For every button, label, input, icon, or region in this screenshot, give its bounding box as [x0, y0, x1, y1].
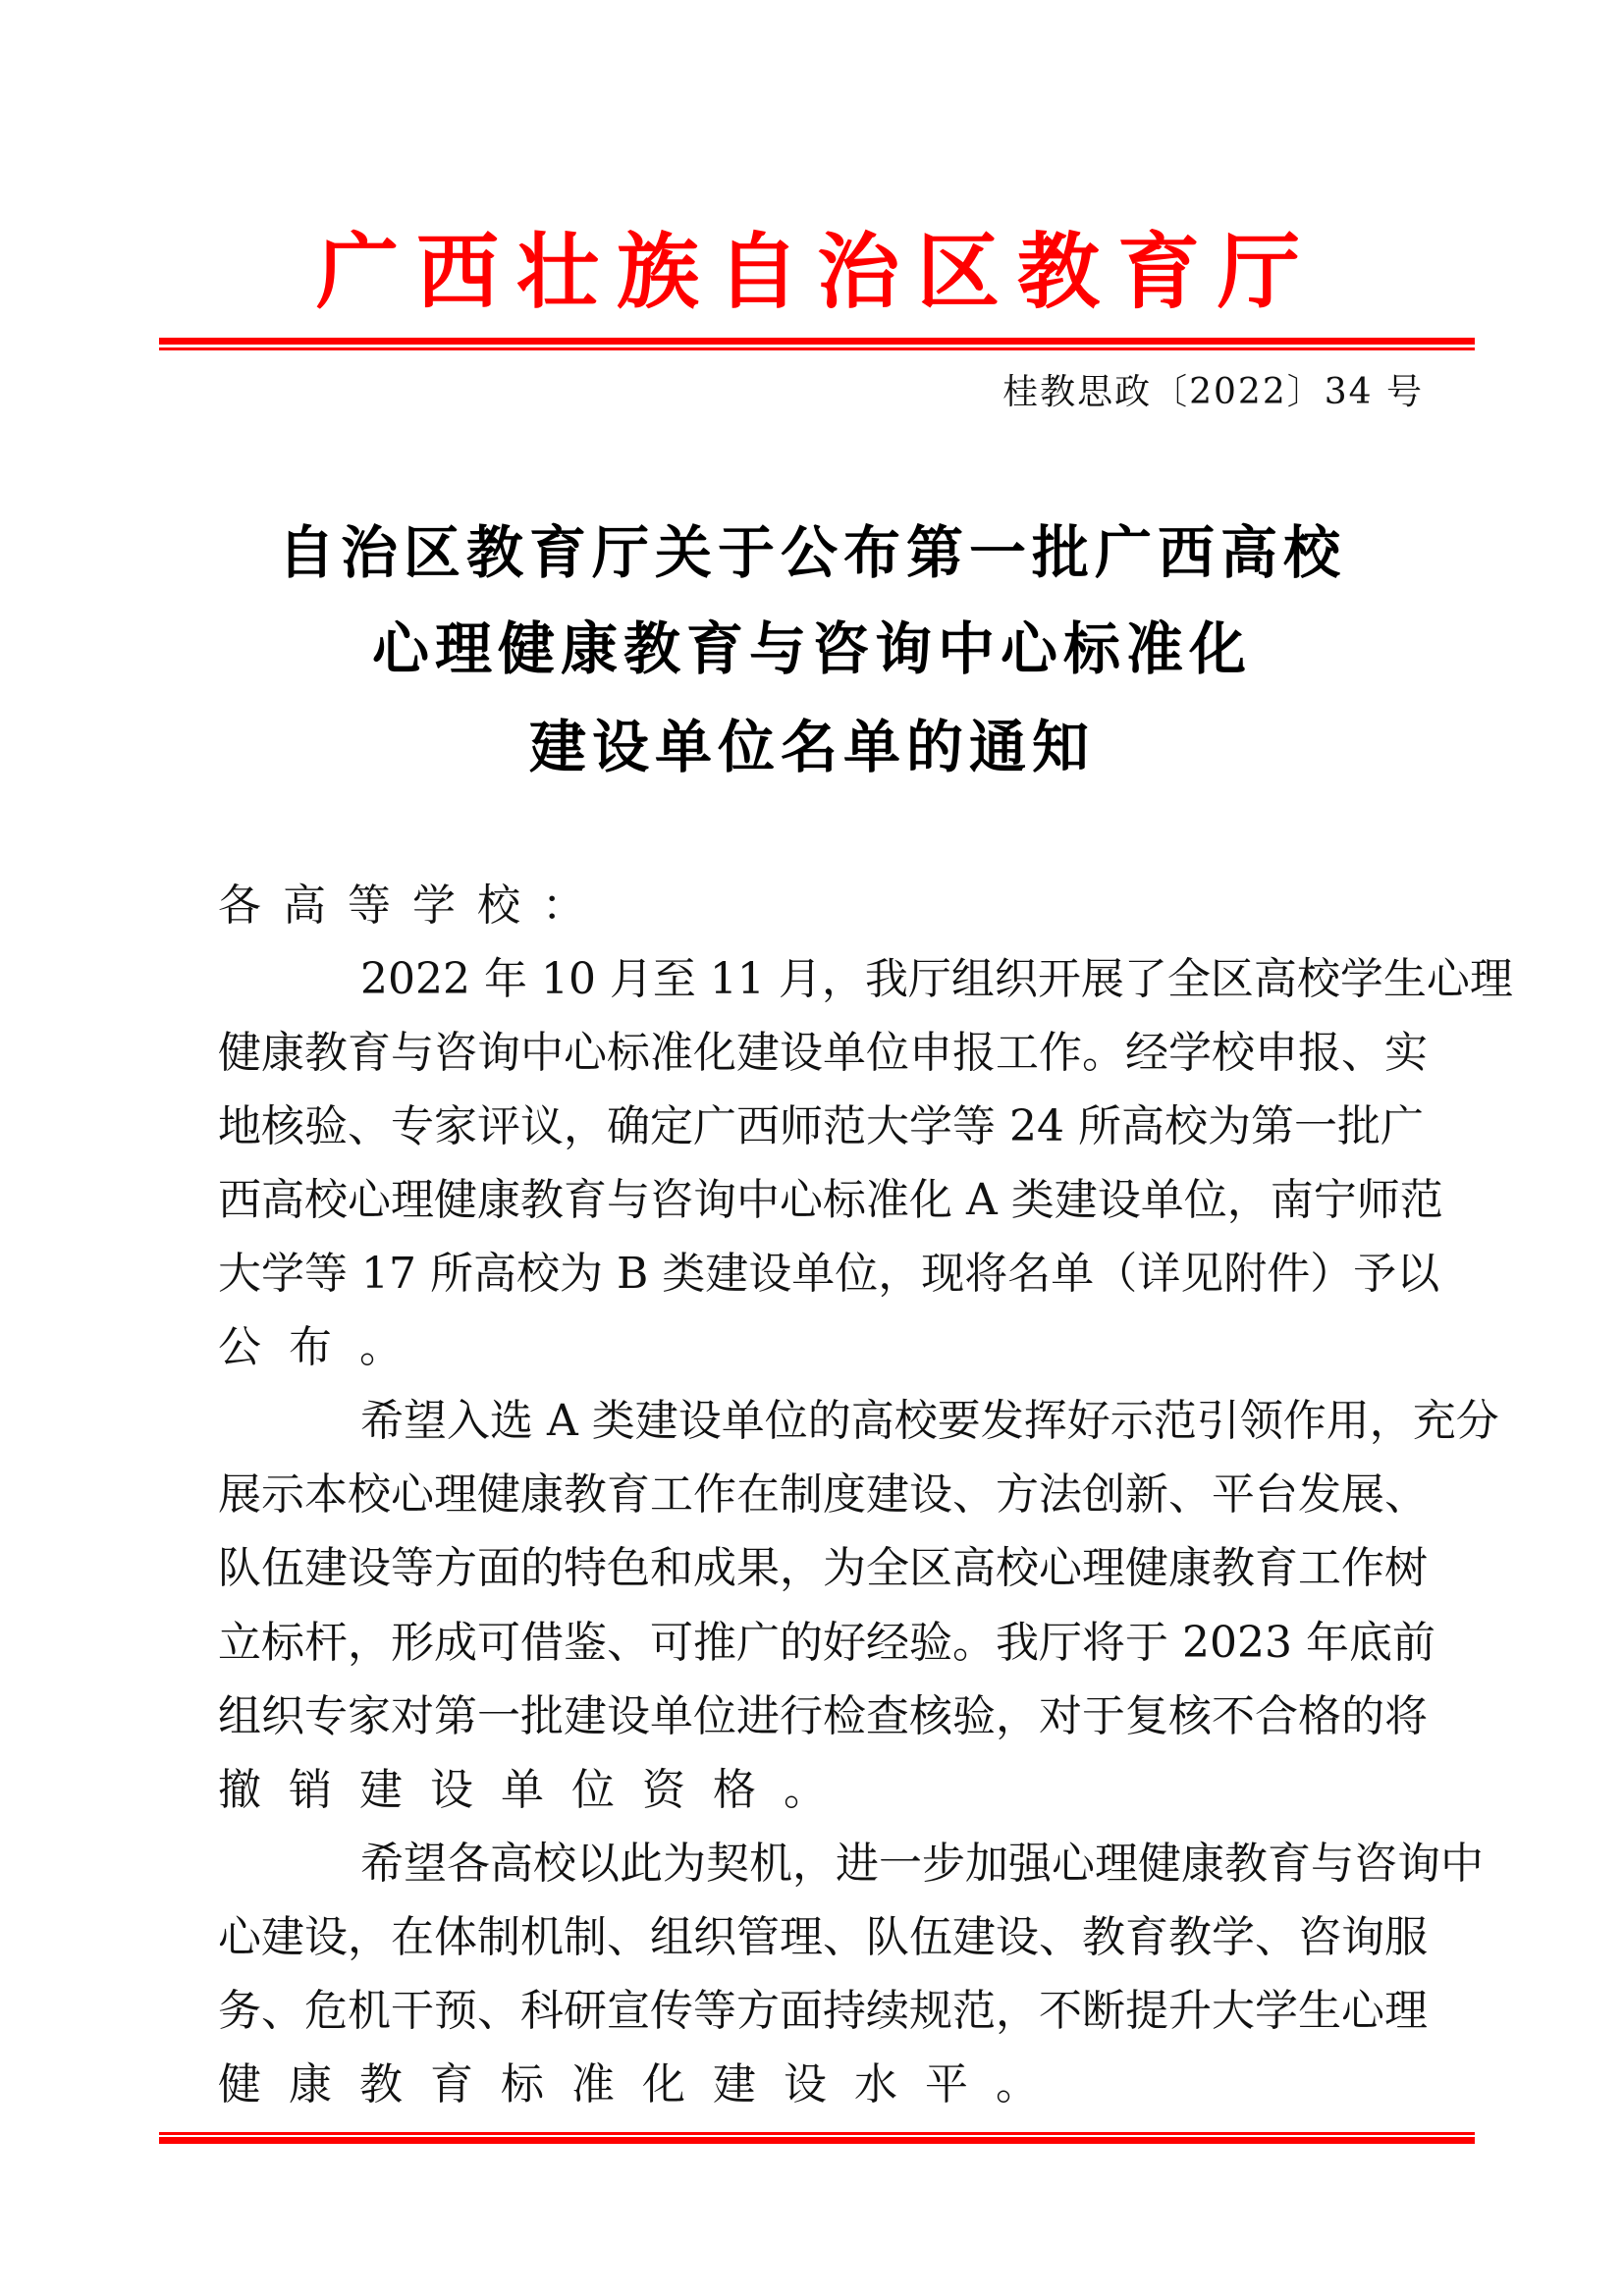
- divider-thick-line: [159, 338, 1475, 345]
- masthead-char: 区: [917, 218, 1017, 326]
- body-line: 公布。: [218, 1310, 1424, 1384]
- masthead-char: 教: [1017, 218, 1117, 326]
- body-line: 健康教育与咨询中心标准化建设单位申报工作。经学校申报、实: [218, 1016, 1424, 1090]
- body-line: 健康教育标准化建设水平。: [218, 2048, 1424, 2121]
- masthead-char: 族: [617, 218, 717, 326]
- body-line: 组织专家对第一批建设单位进行检查核验，对于复核不合格的将: [218, 1680, 1424, 1753]
- divider-thin-line: [159, 347, 1475, 350]
- body-line: 撤销建设单位资格。: [218, 1753, 1424, 1827]
- document-title-line: 心理健康教育与咨询中心标准化: [196, 600, 1428, 698]
- footer-divider: [159, 2132, 1475, 2145]
- masthead-char: 壮: [516, 218, 617, 326]
- body-line: 展示本校心理健康教育工作在制度建设、方法创新、平台发展、: [218, 1458, 1424, 1531]
- masthead-char: 西: [416, 218, 516, 326]
- masthead-title: 广西壮族自治区教育厅: [316, 218, 1327, 326]
- salutation: 各高等学校：: [218, 869, 1424, 942]
- body-line: 心建设，在体制机制、组织管理、队伍建设、教育教学、咨询服: [218, 1900, 1424, 1974]
- body-line: 希望各高校以此为契机，进一步加强心理健康教育与咨询中: [218, 1827, 1424, 1900]
- body-line: 西高校心理健康教育与咨询中心标准化 A 类建设单位，南宁师范: [218, 1163, 1424, 1237]
- divider-thick-line: [159, 2137, 1475, 2144]
- body-line: 大学等 17 所高校为 B 类建设单位，现将名单（详见附件）予以: [218, 1237, 1424, 1310]
- masthead-divider: [159, 338, 1475, 350]
- body-line: 地核验、专家评议，确定广西师范大学等 24 所高校为第一批广: [218, 1090, 1424, 1163]
- document-page: 广西壮族自治区教育厅 桂教思政〔2022〕34 号 自治区教育厅关于公布第一批广…: [0, 0, 1624, 2296]
- body-line: 希望入选 A 类建设单位的高校要发挥好示范引领作用，充分: [218, 1384, 1424, 1458]
- masthead-char: 厅: [1218, 218, 1318, 326]
- document-title-line: 建设单位名单的通知: [196, 698, 1428, 796]
- document-number: 桂教思政〔2022〕34 号: [972, 368, 1424, 417]
- masthead-char: 治: [817, 218, 917, 326]
- masthead-char: 广: [316, 218, 416, 326]
- body-line: 务、危机干预、科研宣传等方面持续规范，不断提升大学生心理: [218, 1974, 1424, 2048]
- masthead-char: 育: [1117, 218, 1218, 326]
- body-line: 立标杆，形成可借鉴、可推广的好经验。我厅将于 2023 年底前: [218, 1606, 1424, 1680]
- body-line: 2022 年 10 月至 11 月，我厅组织开展了全区高校学生心理: [218, 942, 1424, 1016]
- body-line: 队伍建设等方面的特色和成果，为全区高校心理健康教育工作树: [218, 1531, 1424, 1605]
- masthead-char: 自: [717, 218, 817, 326]
- document-title-line: 自治区教育厅关于公布第一批广西高校: [196, 504, 1428, 602]
- divider-thin-line: [159, 2132, 1475, 2135]
